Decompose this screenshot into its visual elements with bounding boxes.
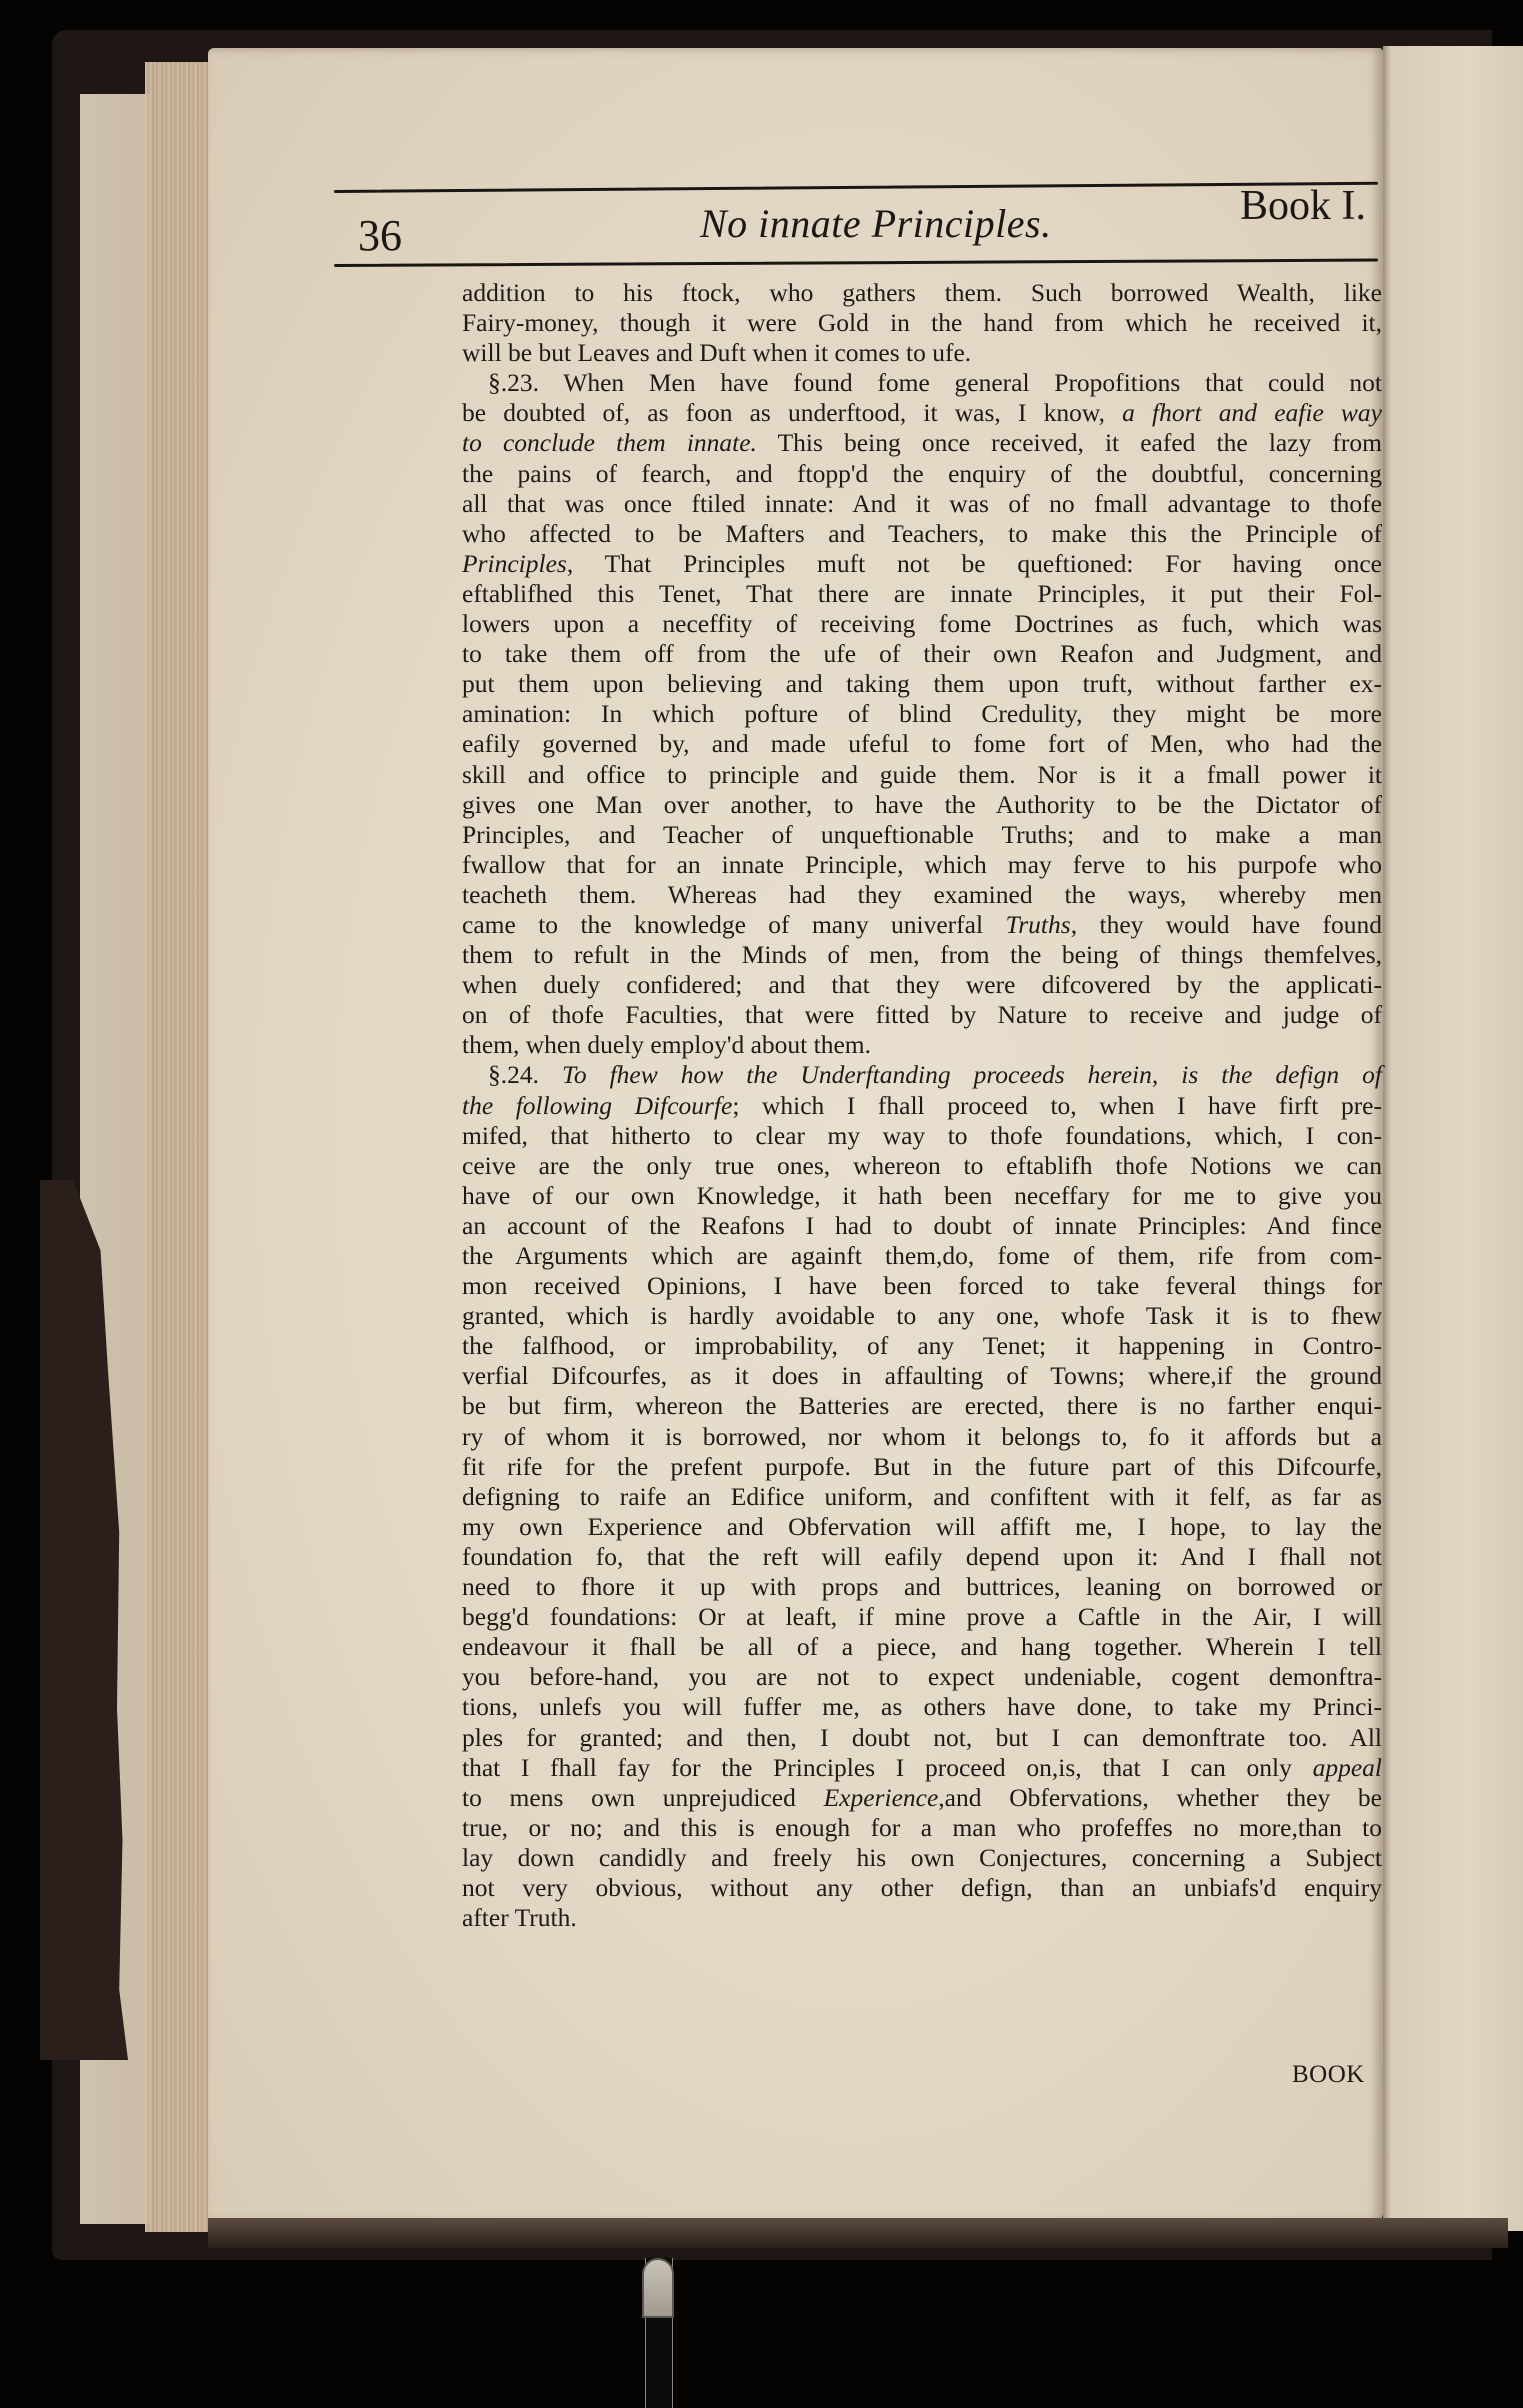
text-segment: §.24. — [488, 1060, 562, 1089]
text-line: ples for granted; and then, I doubt not,… — [462, 1723, 1382, 1753]
text-line: teacheth them. Whereas had they examined… — [462, 880, 1382, 910]
text-segment: them, when duely employ'd about them. — [462, 1030, 871, 1059]
text-segment: after Truth. — [462, 1903, 577, 1932]
text-segment: to take them off from the ufe of their o… — [462, 639, 1382, 668]
text-segment: , they would have found — [1071, 910, 1382, 939]
text-segment: will be but Leaves and Duft when it come… — [462, 338, 971, 367]
text-segment: verfial Difcourfes, as it does in affaul… — [462, 1361, 1382, 1390]
text-line: that I fhall fay for the Principles I pr… — [462, 1753, 1382, 1783]
text-segment: the pains of fearch, and ftopp'd the enq… — [462, 459, 1382, 488]
text-segment: Principles, and Teacher of unqueftionabl… — [462, 820, 1382, 849]
text-line: the Arguments which are againft them,do,… — [462, 1241, 1382, 1271]
text-line: defigning to raife an Edifice uniform, a… — [462, 1482, 1382, 1512]
text-segment: need to fhore it up with props and buttr… — [462, 1572, 1382, 1601]
text-line: to take them off from the ufe of their o… — [462, 639, 1382, 669]
text-line: §.23. When Men have found fome general P… — [462, 368, 1382, 398]
text-line: Fairy-money, though it were Gold in the … — [462, 308, 1382, 338]
text-segment: endeavour it fhall be all of a piece, an… — [462, 1632, 1382, 1661]
text-line: tions, unlefs you will fuffer me, as oth… — [462, 1692, 1382, 1722]
text-line: not very obvious, without any other defi… — [462, 1873, 1382, 1903]
text-segment: you before-hand, you are not to expect u… — [462, 1662, 1382, 1691]
text-segment: fwallow that for an innate Principle, wh… — [462, 850, 1382, 879]
text-segment: the Arguments which are againft them,do,… — [462, 1241, 1382, 1270]
page-bottom-shadow — [208, 2218, 1508, 2248]
text-segment: amination: In which pofture of blind Cre… — [462, 699, 1382, 728]
text-segment: addition to his ftock, who gathers them.… — [462, 278, 1382, 307]
text-line: the pains of fearch, and ftopp'd the enq… — [462, 459, 1382, 489]
text-segment: true, or no; and this is enough for a ma… — [462, 1813, 1382, 1842]
text-segment: §.23. When Men have found fome general P… — [488, 368, 1382, 397]
text-line: to conclude them innate. This being once… — [462, 428, 1382, 458]
text-line: you before-hand, you are not to expect u… — [462, 1662, 1382, 1692]
italic-text: Truths — [1005, 910, 1070, 939]
text-segment: tions, unlefs you will fuffer me, as oth… — [462, 1692, 1382, 1721]
text-segment: my own Experience and Obfervation will a… — [462, 1512, 1382, 1541]
text-line: on of thofe Faculties, that were fitted … — [462, 1000, 1382, 1030]
text-segment: not very obvious, without any other defi… — [462, 1873, 1382, 1902]
running-head: No innate Principles. — [700, 200, 1052, 247]
text-segment: that I fhall fay for the Principles I pr… — [462, 1753, 1313, 1782]
text-line: an account of the Reafons I had to doubt… — [462, 1211, 1382, 1241]
text-segment: lowers upon a neceffity of receiving fom… — [462, 609, 1382, 638]
text-segment: begg'd foundations: Or at leaft, if mine… — [462, 1602, 1382, 1631]
text-segment: eafily governed by, and made ufeful to f… — [462, 729, 1382, 758]
text-segment: be doubted of, as foon as underftood, it… — [462, 398, 1122, 427]
italic-text: the following Difcourfe — [462, 1091, 732, 1120]
text-segment: Fairy-money, though it were Gold in the … — [462, 308, 1382, 337]
text-segment: ry of whom it is borrowed, nor whom it b… — [462, 1422, 1382, 1451]
text-segment: have of our own Knowledge, it hath been … — [462, 1181, 1382, 1210]
text-line: ry of whom it is borrowed, nor whom it b… — [462, 1422, 1382, 1452]
italic-text: appeal — [1313, 1753, 1382, 1782]
text-segment: who affected to be Mafters and Teachers,… — [462, 519, 1382, 548]
text-line: to mens own unprejudiced Experience,and … — [462, 1783, 1382, 1813]
text-line: be doubted of, as foon as underftood, it… — [462, 398, 1382, 428]
text-segment: lay down candidly and freely his own Con… — [462, 1843, 1382, 1872]
text-segment: to mens own unprejudiced — [462, 1783, 824, 1812]
text-segment: when duely confidered; and that they wer… — [462, 970, 1382, 999]
italic-text: a fhort and eafie way — [1122, 398, 1382, 427]
text-line: ceive are the only true ones, whereon to… — [462, 1151, 1382, 1181]
text-line: addition to his ftock, who gathers them.… — [462, 278, 1382, 308]
text-line: eftablifhed this Tenet, That there are i… — [462, 579, 1382, 609]
text-line: gives one Man over another, to have the … — [462, 790, 1382, 820]
page-edges — [145, 62, 209, 2232]
italic-text: Experience — [824, 1783, 939, 1812]
text-segment: teacheth them. Whereas had they examined… — [462, 880, 1382, 909]
text-segment: mon received Opinions, I have been force… — [462, 1271, 1382, 1300]
text-line: Principles, That Principles muft not be … — [462, 549, 1382, 579]
text-line: endeavour it fhall be all of a piece, an… — [462, 1632, 1382, 1662]
text-line: need to fhore it up with props and buttr… — [462, 1572, 1382, 1602]
text-line: mon received Opinions, I have been force… — [462, 1271, 1382, 1301]
text-line: them, when duely employ'd about them. — [462, 1030, 1382, 1060]
text-line: amination: In which pofture of blind Cre… — [462, 699, 1382, 729]
text-segment: ,and Obfervations, whether they be — [938, 1783, 1382, 1812]
facing-page-edge — [1383, 46, 1523, 2231]
text-segment: ; which I fhall proceed to, when I have … — [732, 1091, 1382, 1120]
text-line: verfial Difcourfes, as it does in affaul… — [462, 1361, 1382, 1391]
catchword: BOOK — [1292, 2061, 1365, 2089]
text-line: have of our own Knowledge, it hath been … — [462, 1181, 1382, 1211]
italic-text: Principles — [462, 549, 567, 578]
text-line: the following Difcourfe; which I fhall p… — [462, 1091, 1382, 1121]
text-segment: mifed, that hitherto to clear my way to … — [462, 1121, 1382, 1150]
text-segment: all that was once ftiled innate: And it … — [462, 489, 1382, 518]
text-line: be but firm, whereon the Batteries are e… — [462, 1391, 1382, 1421]
text-segment: skill and office to principle and guide … — [462, 760, 1382, 789]
body-text: addition to his ftock, who gathers them.… — [462, 278, 1382, 1933]
text-line: true, or no; and this is enough for a ma… — [462, 1813, 1382, 1843]
text-segment: the falfhood, or improbability, of any T… — [462, 1331, 1382, 1360]
text-segment: eftablifhed this Tenet, That there are i… — [462, 579, 1382, 608]
book-label: Book I. — [1240, 182, 1366, 230]
text-segment: on of thofe Faculties, that were fitted … — [462, 1000, 1382, 1029]
text-segment: gives one Man over another, to have the … — [462, 790, 1382, 819]
italic-text: To fhew how the Underftanding proceeds h… — [562, 1060, 1382, 1089]
text-segment: came to the knowledge of many univerfal — [462, 910, 1005, 939]
text-line: after Truth. — [462, 1903, 1382, 1933]
text-segment: foundation fo, that the reft will eafily… — [462, 1542, 1382, 1571]
text-segment: , That Principles muft not be queftioned… — [567, 549, 1382, 578]
text-line: eafily governed by, and made ufeful to f… — [462, 729, 1382, 759]
page-number: 36 — [358, 210, 402, 261]
text-line: my own Experience and Obfervation will a… — [462, 1512, 1382, 1542]
italic-text: to conclude them innate. — [462, 428, 757, 457]
text-line: Principles, and Teacher of unqueftionabl… — [462, 820, 1382, 850]
text-line: put them upon believing and taking them … — [462, 669, 1382, 699]
text-line: the falfhood, or improbability, of any T… — [462, 1331, 1382, 1361]
text-segment: them to refult in the Minds of men, from… — [462, 940, 1382, 969]
text-segment: granted, which is hardly avoidable to an… — [462, 1301, 1382, 1330]
text-line: them to refult in the Minds of men, from… — [462, 940, 1382, 970]
text-line: fwallow that for an innate Principle, wh… — [462, 850, 1382, 880]
text-segment: an account of the Reafons I had to doubt… — [462, 1211, 1382, 1240]
text-line: foundation fo, that the reft will eafily… — [462, 1542, 1382, 1572]
text-segment: ples for granted; and then, I doubt not,… — [462, 1723, 1382, 1752]
page-clip-icon — [642, 2258, 674, 2318]
text-segment: be but firm, whereon the Batteries are e… — [462, 1391, 1382, 1420]
text-line: lowers upon a neceffity of receiving fom… — [462, 609, 1382, 639]
text-line: mifed, that hitherto to clear my way to … — [462, 1121, 1382, 1151]
text-line: will be but Leaves and Duft when it come… — [462, 338, 1382, 368]
text-line: who affected to be Mafters and Teachers,… — [462, 519, 1382, 549]
text-line: when duely confidered; and that they wer… — [462, 970, 1382, 1000]
text-segment: put them upon believing and taking them … — [462, 669, 1382, 698]
text-segment: This being once received, it eafed the l… — [757, 428, 1382, 457]
text-line: lay down candidly and freely his own Con… — [462, 1843, 1382, 1873]
text-line: begg'd foundations: Or at leaft, if mine… — [462, 1602, 1382, 1632]
text-line: fit rife for the prefent purpofe. But in… — [462, 1452, 1382, 1482]
text-segment: defigning to raife an Edifice uniform, a… — [462, 1482, 1382, 1511]
text-line: came to the knowledge of many univerfal … — [462, 910, 1382, 940]
text-line: skill and office to principle and guide … — [462, 760, 1382, 790]
text-line: granted, which is hardly avoidable to an… — [462, 1301, 1382, 1331]
text-segment: fit rife for the prefent purpofe. But in… — [462, 1452, 1382, 1481]
text-line: all that was once ftiled innate: And it … — [462, 489, 1382, 519]
text-line: §.24. To fhew how the Underftanding proc… — [462, 1060, 1382, 1090]
text-segment: ceive are the only true ones, whereon to… — [462, 1151, 1382, 1180]
